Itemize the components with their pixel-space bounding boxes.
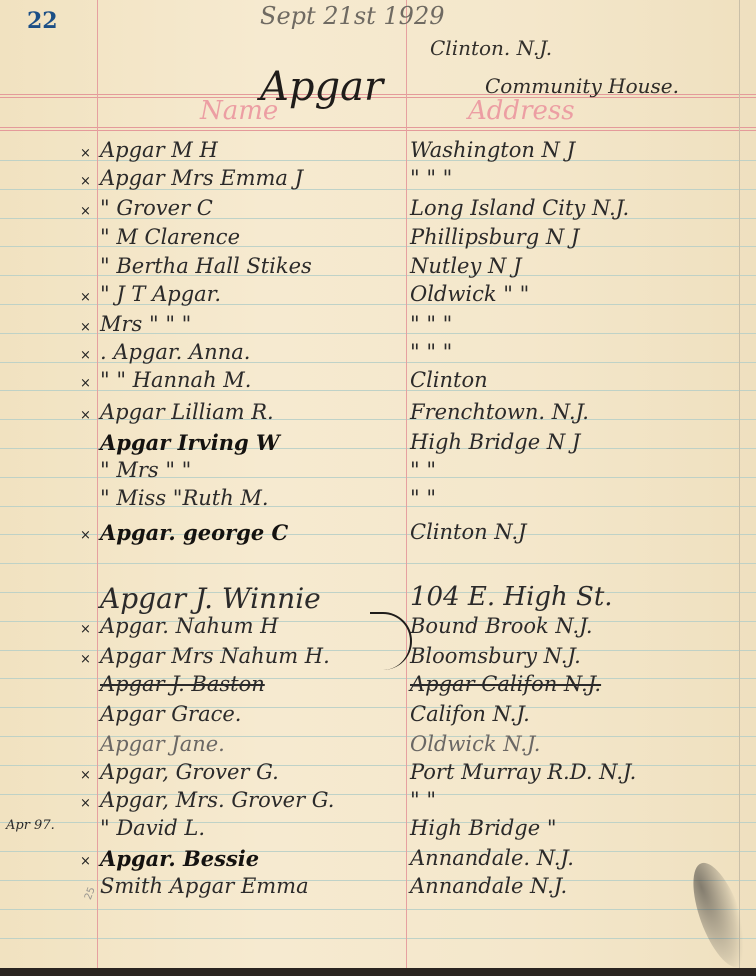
ruled-line bbox=[0, 938, 756, 939]
entry-address: Frenchtown. N.J. bbox=[410, 400, 589, 424]
check-mark: × bbox=[80, 528, 91, 543]
entry-address: Washington N J bbox=[410, 138, 575, 162]
entry-address: Port Murray R.D. N.J. bbox=[410, 760, 636, 784]
entry-name: Apgar Lilliam R. bbox=[100, 400, 274, 424]
entry-name: Apgar J. Baston bbox=[100, 672, 265, 696]
check-mark: × bbox=[80, 204, 91, 219]
entry-name: " Miss "Ruth M. bbox=[100, 486, 269, 510]
page-title: Apgar bbox=[260, 64, 383, 110]
entry-name: Apgar J. Winnie bbox=[100, 582, 321, 615]
entry-address: Califon N.J. bbox=[410, 702, 530, 726]
entry-name: Smith Apgar Emma bbox=[100, 874, 309, 898]
check-mark: × bbox=[80, 320, 91, 335]
check-mark: × bbox=[80, 652, 91, 667]
entry-name: Apgar M H bbox=[100, 138, 218, 162]
entry-name: Apgar. Bessie bbox=[100, 846, 259, 871]
entry-address: Long Island City N.J. bbox=[410, 196, 629, 220]
check-mark: × bbox=[80, 796, 91, 811]
entry-address: Clinton bbox=[410, 368, 488, 392]
entry-name: " Mrs " " bbox=[100, 458, 191, 482]
entry-address: Nutley N J bbox=[410, 254, 522, 278]
check-mark: × bbox=[80, 290, 91, 305]
check-mark: × bbox=[80, 622, 91, 637]
entry-address: Annandale. N.J. bbox=[410, 846, 574, 870]
ruled-line bbox=[0, 909, 756, 910]
entry-address: " " " bbox=[410, 312, 452, 336]
entry-address: 104 E. High St. bbox=[410, 582, 613, 612]
page-bottom-edge bbox=[0, 968, 756, 976]
entry-address: " " bbox=[410, 458, 436, 482]
entry-address: Clinton N.J bbox=[410, 520, 526, 544]
entry-name: " J T Apgar. bbox=[100, 282, 221, 306]
page-subtitle: Community House. bbox=[485, 74, 679, 98]
entry-name: . Apgar. Anna. bbox=[100, 340, 250, 364]
entry-address: " " bbox=[410, 486, 436, 510]
right-margin-line bbox=[739, 0, 740, 970]
entry-address: " " " bbox=[410, 166, 452, 190]
column-divider bbox=[406, 0, 407, 970]
check-mark: × bbox=[80, 174, 91, 189]
check-mark: × bbox=[80, 408, 91, 423]
header-bottom-rule-2 bbox=[0, 130, 756, 131]
location: Clinton. N.J. bbox=[430, 36, 552, 60]
entry-name: Apgar Mrs Nahum H. bbox=[100, 644, 330, 668]
entry-name: Apgar, Grover G. bbox=[100, 760, 279, 784]
entry-address: Oldwick N.J. bbox=[410, 732, 540, 756]
entry-address: Bound Brook N.J. bbox=[410, 614, 593, 638]
entry-name: Mrs " " " bbox=[100, 312, 191, 336]
check-mark: × bbox=[80, 768, 91, 783]
entry-name: " " Hannah M. bbox=[100, 368, 251, 392]
entry-name: " Grover C bbox=[100, 196, 213, 220]
entry-name: Apgar. george C bbox=[100, 520, 288, 545]
entry-address: Annandale N.J. bbox=[410, 874, 567, 898]
ruled-line bbox=[0, 563, 756, 564]
entry-name: Apgar. Nahum H bbox=[100, 614, 279, 638]
entry-address: Apgar Califon N.J. bbox=[410, 672, 601, 696]
check-mark: × bbox=[80, 348, 91, 363]
entry-name: Apgar Irving W bbox=[100, 430, 280, 455]
column-header-address: Address bbox=[468, 96, 575, 126]
left-margin-line bbox=[97, 0, 98, 970]
entry-date: Sept 21st 1929 bbox=[260, 2, 445, 30]
entry-address: Oldwick " " bbox=[410, 282, 529, 306]
entry-name: Apgar Grace. bbox=[100, 702, 241, 726]
entry-address: High Bridge N J bbox=[410, 430, 580, 454]
page-number: 22 bbox=[27, 8, 58, 34]
entry-address: " " bbox=[410, 788, 436, 812]
column-header-name: Name bbox=[200, 96, 278, 126]
entry-name: " Bertha Hall Stikes bbox=[100, 254, 312, 278]
entry-name: Apgar Jane. bbox=[100, 732, 225, 756]
check-mark: × bbox=[80, 146, 91, 161]
ink-stain bbox=[682, 856, 756, 970]
entry-name: Apgar Mrs Emma J bbox=[100, 166, 303, 190]
entry-address: Bloomsbury N.J. bbox=[410, 644, 581, 668]
ledger-page: 22 Sept 21st 1929 Clinton. N.J. Apgar Co… bbox=[0, 0, 756, 970]
tiny-margin-note: 25 bbox=[83, 886, 98, 902]
entry-address: High Bridge " bbox=[410, 816, 557, 840]
check-mark: × bbox=[80, 854, 91, 869]
entry-name: " David L. bbox=[100, 816, 205, 840]
check-mark: × bbox=[80, 376, 91, 391]
entry-address: Phillipsburg N J bbox=[410, 225, 579, 249]
entry-name: Apgar, Mrs. Grover G. bbox=[100, 788, 335, 812]
header-bottom-rule bbox=[0, 127, 756, 128]
entry-address: " " " bbox=[410, 340, 452, 364]
margin-note: Apr 97. bbox=[6, 818, 55, 833]
entry-name: " M Clarence bbox=[100, 225, 240, 249]
